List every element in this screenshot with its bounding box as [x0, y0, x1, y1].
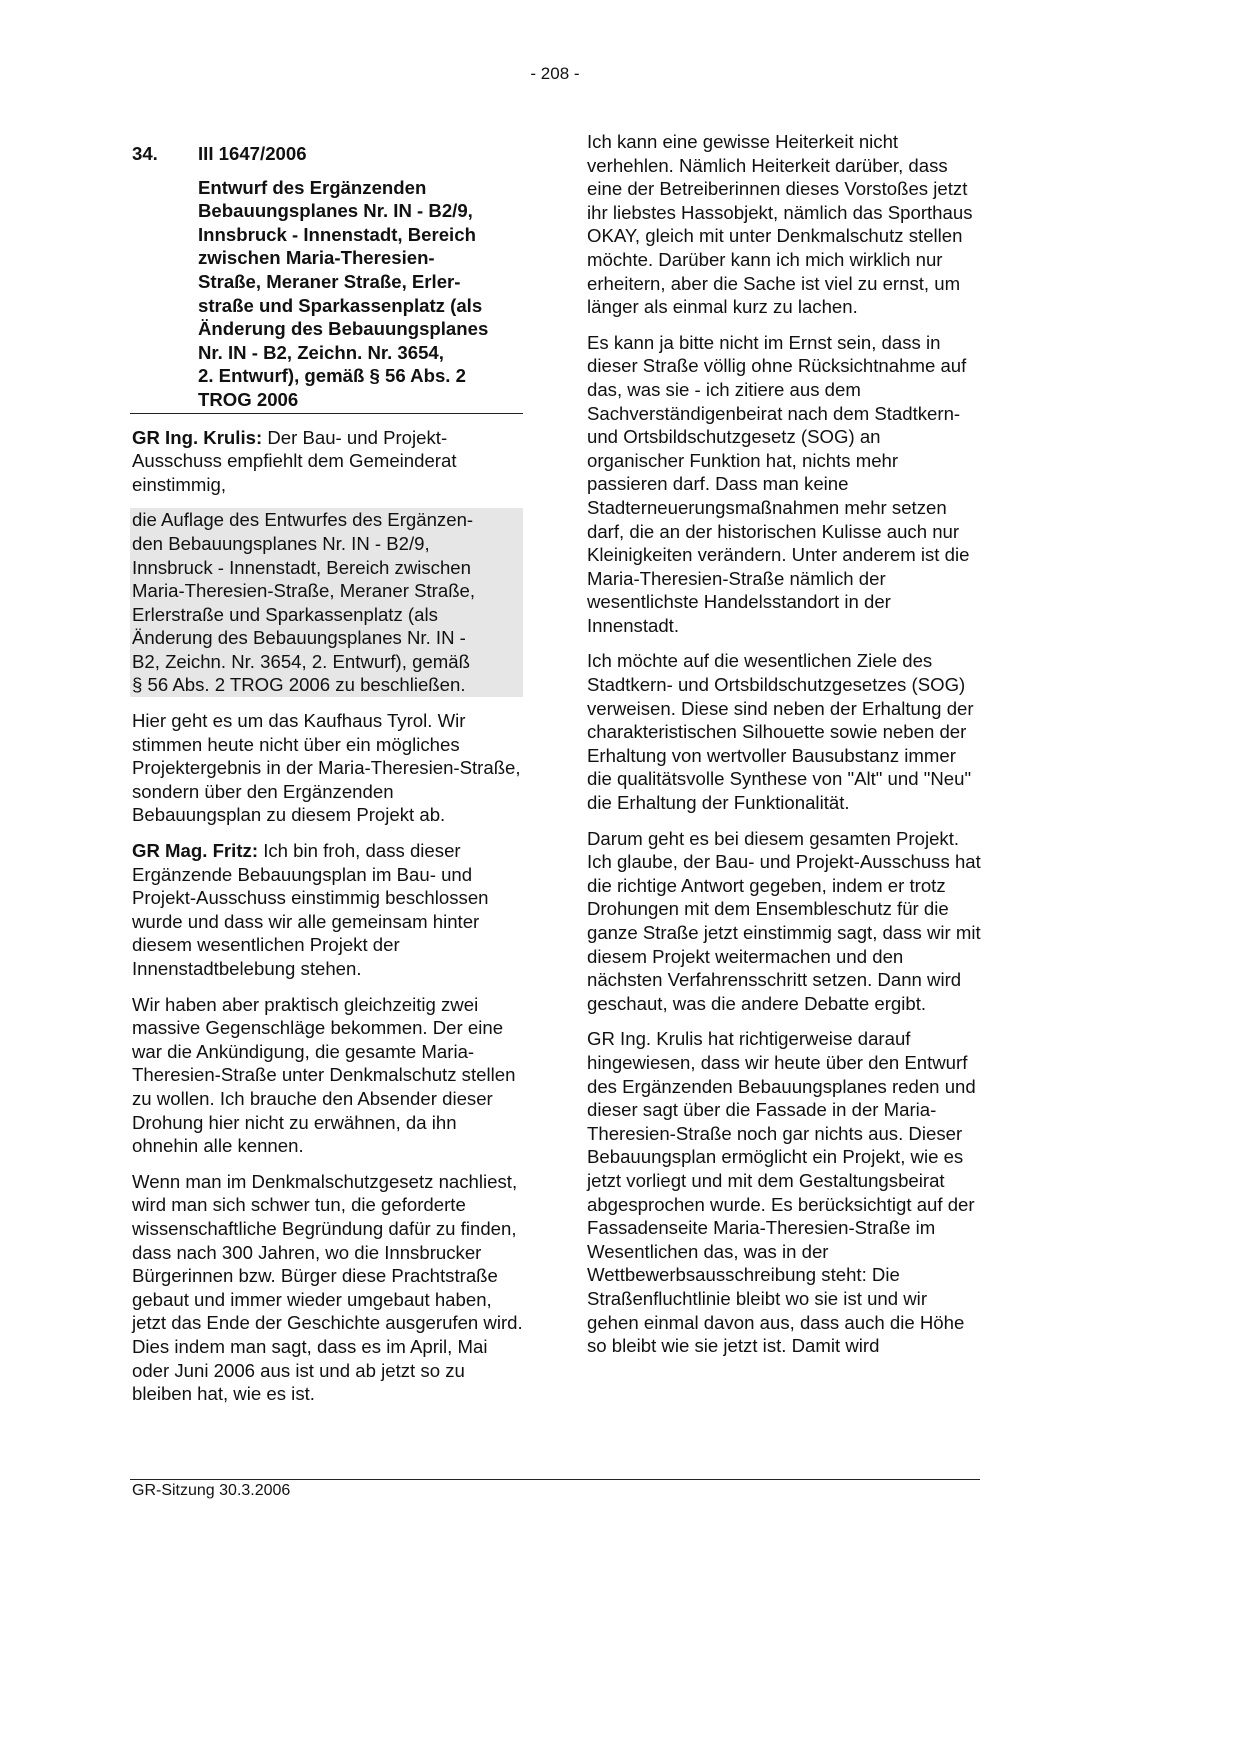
agenda-item-reference: III 1647/2006 — [198, 142, 307, 166]
left-column: 34. III 1647/2006 Entwurf des Ergänzende… — [132, 130, 525, 1418]
title-line: straße und Sparkassenplatz (als — [198, 294, 525, 318]
footer-session-date: GR-Sitzung 30.3.2006 — [132, 1482, 290, 1500]
paragraph: Es kann ja bitte nicht im Ernst sein, da… — [587, 331, 982, 638]
title-line: 2. Entwurf), gemäß § 56 Abs. 2 — [198, 364, 525, 388]
title-line: Entwurf des Ergänzenden — [198, 176, 525, 200]
page-number: - 208 - — [0, 64, 1110, 84]
motion-line: Änderung des Bebauungsplanes Nr. IN - — [132, 627, 466, 648]
title-line: Nr. IN - B2, Zeichn. Nr. 3654, — [198, 341, 525, 365]
title-line: Straße, Meraner Straße, Erler- — [198, 270, 525, 294]
motion-line: Erlerstraße und Sparkassenplatz (als — [132, 604, 438, 625]
speech-fritz: GR Mag. Fritz: Ich bin froh, dass dieser… — [132, 839, 525, 981]
motion-line: den Bebauungsplanes Nr. IN - B2/9, — [132, 533, 430, 554]
paragraph: Ich möchte auf die wesentlichen Ziele de… — [587, 649, 982, 814]
footer-divider — [130, 1479, 980, 1480]
motion-line: die Auflage des Entwurfes des Ergänzen- — [132, 509, 473, 530]
paragraph: Wenn man im Denkmalschutzgesetz nachlies… — [132, 1170, 525, 1406]
paragraph: Hier geht es um das Kaufhaus Tyrol. Wir … — [132, 709, 525, 827]
agenda-item-title: Entwurf des Ergänzenden Bebauungsplanes … — [132, 176, 525, 412]
motion-line: Innsbruck - Innenstadt, Bereich zwischen — [132, 557, 471, 578]
title-line: Bebauungsplanes Nr. IN - B2/9, — [198, 199, 525, 223]
paragraph: Wir haben aber praktisch gleichzeitig zw… — [132, 993, 525, 1158]
speaker-name: GR Ing. Krulis: — [132, 427, 262, 448]
motion-line: B2, Zeichn. Nr. 3654, 2. Entwurf), gemäß — [132, 651, 470, 672]
title-line: TROG 2006 — [198, 388, 525, 412]
motion-line: § 56 Abs. 2 TROG 2006 zu beschließen. — [132, 674, 466, 695]
paragraph: GR Ing. Krulis hat richtigerweise darauf… — [587, 1027, 982, 1357]
speech-krulis: GR Ing. Krulis: Der Bau- und Projekt-Aus… — [132, 426, 525, 497]
heading-divider — [130, 413, 523, 414]
paragraph: Darum geht es bei diesem gesamten Projek… — [587, 827, 982, 1016]
paragraph: Ich kann eine gewisse Heiterkeit nicht v… — [587, 130, 982, 319]
title-line: zwischen Maria-Theresien- — [198, 246, 525, 270]
agenda-item-number: 34. — [132, 142, 198, 166]
motion-text-box: die Auflage des Entwurfes des Ergänzen- … — [130, 508, 523, 697]
title-line: Änderung des Bebauungsplanes — [198, 317, 525, 341]
right-column: Ich kann eine gewisse Heiterkeit nicht v… — [587, 130, 982, 1370]
agenda-item-heading: 34. III 1647/2006 Entwurf des Ergänzende… — [132, 142, 525, 412]
title-line: Innsbruck - Innenstadt, Bereich — [198, 223, 525, 247]
motion-line: Maria-Theresien-Straße, Meraner Straße, — [132, 580, 475, 601]
speaker-name: GR Mag. Fritz: — [132, 840, 258, 861]
